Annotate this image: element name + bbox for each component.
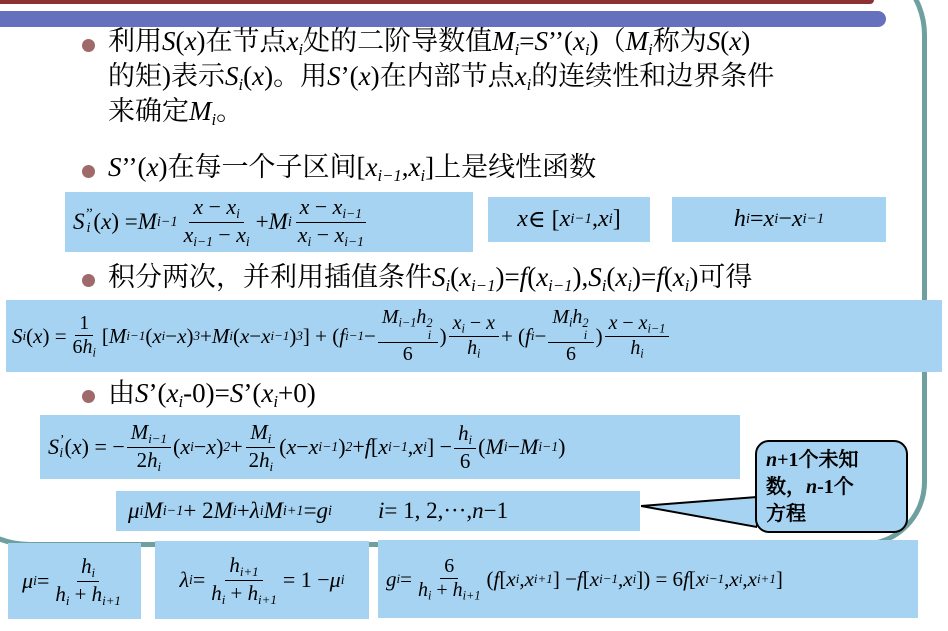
- callout-line-3: 方程: [766, 501, 897, 528]
- maroon-top-accent-line: [0, 0, 874, 4]
- slide-canvas: 利用S(x)在节点xi处的二阶导数值Mi=S’’(xi)（Mi称为S(x) 的矩…: [0, 0, 948, 631]
- formula-box-tridiagonal-system: μiMi−1 + 2Mi + λiMi+1 = gi i = 1, 2,···,…: [116, 491, 640, 531]
- formula-box-first-derivative: S’i(x) = −Mi−12hi(xi − x)2 + Mi2hi(x − x…: [40, 415, 740, 479]
- formula-box-lambda: λi = hi+1hi + hi+1 = 1 − μi: [155, 541, 369, 619]
- bullet-dot-3: [82, 274, 95, 287]
- edge-colon-mark: ：: [0, 566, 16, 603]
- callout-box: n+1个未知 数，n-1个 方程: [755, 440, 908, 533]
- callout-tail-pointer: [641, 494, 757, 530]
- bullet-1-line-3: 来确定Mi。: [108, 94, 243, 137]
- formula-box-h-definition: hi = xi − xi−1: [672, 197, 886, 242]
- bullet-3-line: 积分两次，并利用插值条件Si(xi−1)=f(xi−1),Si(xi)=f(xi…: [108, 260, 752, 303]
- bullet-2-line: S’’(x)在每一个子区间[xi−1,xi]上是线性函数: [108, 150, 596, 193]
- bullet-dot-2: [82, 165, 95, 178]
- bullet-dot-1: [82, 39, 95, 52]
- bullet-dot-4: [82, 390, 95, 403]
- formula-box-domain: x ∈ [xi−1, xi]: [488, 197, 650, 242]
- callout-line-2: 数，n-1个: [766, 474, 897, 501]
- callout-line-1: n+1个未知: [766, 447, 897, 474]
- formula-box-mu: μi = hihi + hi+1: [8, 543, 141, 619]
- formula-box-spline-integrated: Si(x) = 16hi[Mi−1(xi − x)3 + Mi(x − xi−1…: [6, 300, 942, 372]
- formula-box-second-derivative: S’’i(x) = Mi−1 x − xixi−1 − xi + Mi x − …: [65, 192, 473, 252]
- formula-box-g: gi = 6hi + hi+1(f[xi, xi+1] − f[xi−1, xi…: [378, 540, 918, 618]
- bullet-4-line: 由S’(xi-0)=S’(xi+0): [108, 376, 316, 419]
